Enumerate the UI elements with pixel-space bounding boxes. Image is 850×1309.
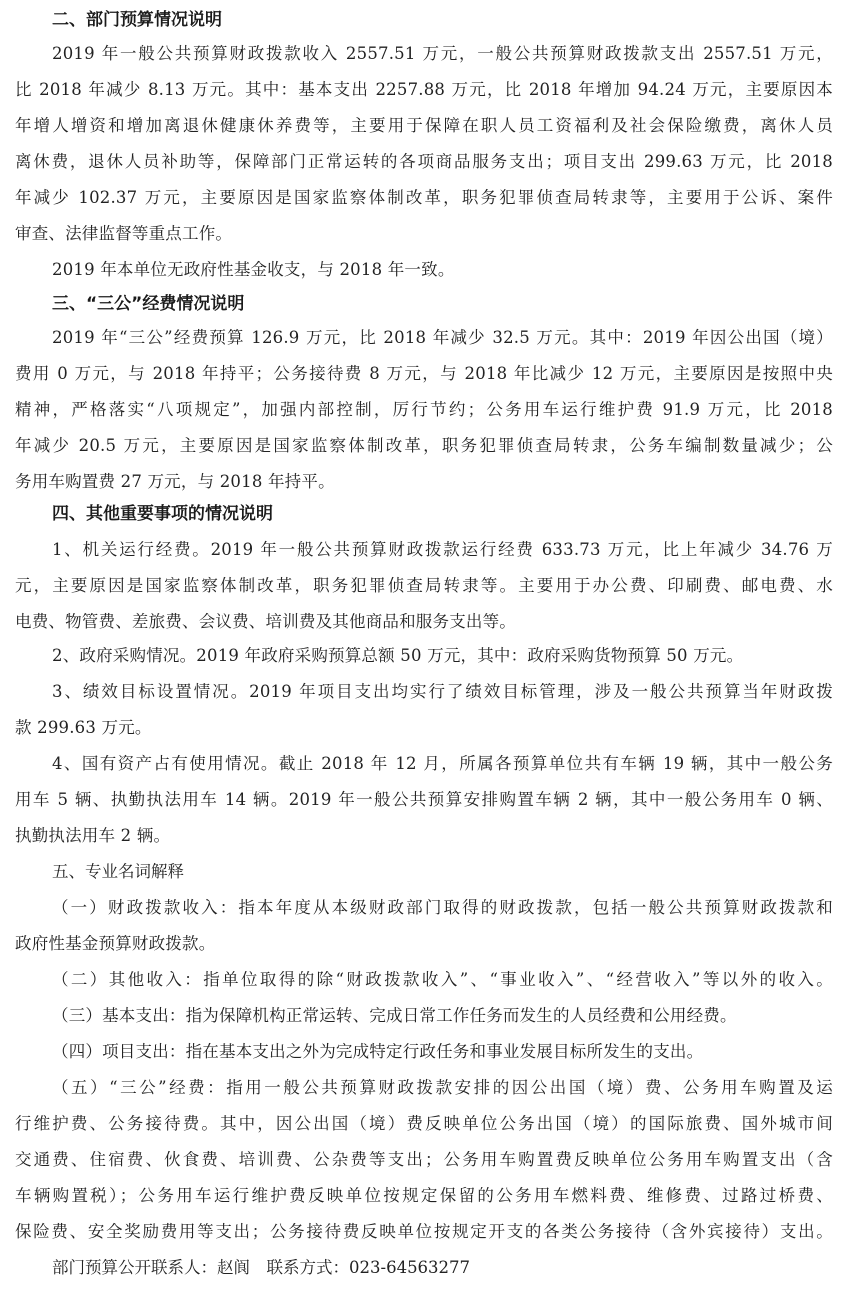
glossary-line: 车辆购置税）；公务用车运行维护费反映单位按规定保留的公务用车燃料费、维修费、过路… [15, 1181, 833, 1211]
paragraph-line: 审查、法律监督等重点工作。 [15, 219, 833, 249]
paragraph-line: 年减少 102.37 万元，主要原因是国家监察体制改革，职务犯罪侦查局转隶等，主… [15, 183, 833, 213]
paragraph-line: 务用车购置费 27 万元，与 2018 年持平。 [15, 467, 833, 497]
glossary-line: 行维护费、公务接待费。其中，因公出国（境）费反映单位公务出国（境）的国际旅费、国… [15, 1109, 833, 1139]
glossary-line: （五）“三公”经费：指用一般公共预算财政拨款安排的因公出国（境）费、公务用车购置… [52, 1073, 833, 1103]
section-heading-budget: 二、部门预算情况说明 [52, 5, 222, 35]
paragraph-line: 离休费，退休人员补助等，保障部门正常运转的各项商品服务支出；项目支出 299.6… [15, 147, 833, 177]
paragraph-line: 精神，严格落实“八项规定”，加强内部控制，厉行节约；公务用车运行维护费 91.9… [15, 395, 833, 425]
paragraph-line: 年减少 20.5 万元，主要原因是国家监察体制改革，职务犯罪侦查局转隶，公务车编… [15, 431, 833, 461]
glossary-line: （三）基本支出：指为保障机构正常运转、完成日常工作任务而发生的人员经费和公用经费… [52, 1001, 833, 1031]
paragraph-line: 2、政府采购情况。2019 年政府采购预算总额 50 万元，其中：政府采购货物预… [52, 641, 833, 671]
paragraph-line: 用车 5 辆、执勤执法用车 14 辆。2019 年一般公共预算安排购置车辆 2 … [15, 785, 833, 815]
paragraph-line: 费用 0 万元，与 2018 年持平；公务接待费 8 万元，与 2018 年比减… [15, 359, 833, 389]
section-heading-three-public: 三、“三公”经费情况说明 [52, 289, 244, 319]
glossary-line: （一）财政拨款收入：指本年度从本级财政部门取得的财政拨款，包括一般公共预算财政拨… [52, 893, 833, 923]
paragraph-line: 年增人增资和增加离退休健康休养费等，主要用于保障在职人员工资福利及社会保险缴费，… [15, 111, 833, 141]
glossary-line: （四）项目支出：指在基本支出之外为完成特定行政任务和事业发展目标所发生的支出。 [52, 1037, 833, 1067]
paragraph-line: 电费、物管费、差旅费、会议费、培训费及其他商品和服务支出等。 [15, 607, 833, 637]
paragraph-line: 比 2018 年减少 8.13 万元。其中：基本支出 2257.88 万元，比 … [15, 75, 833, 105]
glossary-line: 政府性基金预算财政拨款。 [15, 929, 833, 959]
paragraph-line: 款 299.63 万元。 [15, 713, 833, 743]
paragraph-line: 3、绩效目标设置情况。2019 年项目支出均实行了绩效目标管理，涉及一般公共预算… [52, 677, 833, 707]
paragraph-line: 元，主要原因是国家监察体制改革，职务犯罪侦查局转隶等。主要用于办公费、印刷费、邮… [15, 571, 833, 601]
paragraph-line: 2019 年本单位无政府性基金收支，与 2018 年一致。 [52, 255, 833, 285]
document-page: 二、部门预算情况说明 2019 年一般公共预算财政拨款收入 2557.51 万元… [0, 0, 850, 1309]
glossary-line: （二）其他收入：指单位取得的除“财政拨款收入”、“事业收入”、“经营收入”等以外… [52, 965, 833, 995]
section-heading-other-matters: 四、其他重要事项的情况说明 [52, 499, 273, 529]
glossary-line: 保险费、安全奖励费用等支出；公务接待费反映单位按规定开支的各类公务接待（含外宾接… [15, 1217, 833, 1247]
paragraph-line: 2019 年一般公共预算财政拨款收入 2557.51 万元，一般公共预算财政拨款… [52, 39, 833, 69]
paragraph-line: 1、机关运行经费。2019 年一般公共预算财政拨款运行经费 633.73 万元，… [52, 535, 833, 565]
paragraph-line: 执勤执法用车 2 辆。 [15, 821, 833, 851]
glossary-line: 交通费、住宿费、伙食费、培训费、公杂费等支出；公务用车购置费反映单位公务用车购置… [15, 1145, 833, 1175]
paragraph-line: 4、国有资产占有使用情况。截止 2018 年 12 月，所属各预算单位共有车辆 … [52, 749, 833, 779]
paragraph-line: 2019 年“三公”经费预算 126.9 万元，比 2018 年减少 32.5 … [52, 323, 833, 353]
contact-info: 部门预算公开联系人：赵阆 联系方式：023-64563277 [52, 1253, 470, 1283]
section-heading-glossary: 五、专业名词解释 [52, 857, 184, 887]
